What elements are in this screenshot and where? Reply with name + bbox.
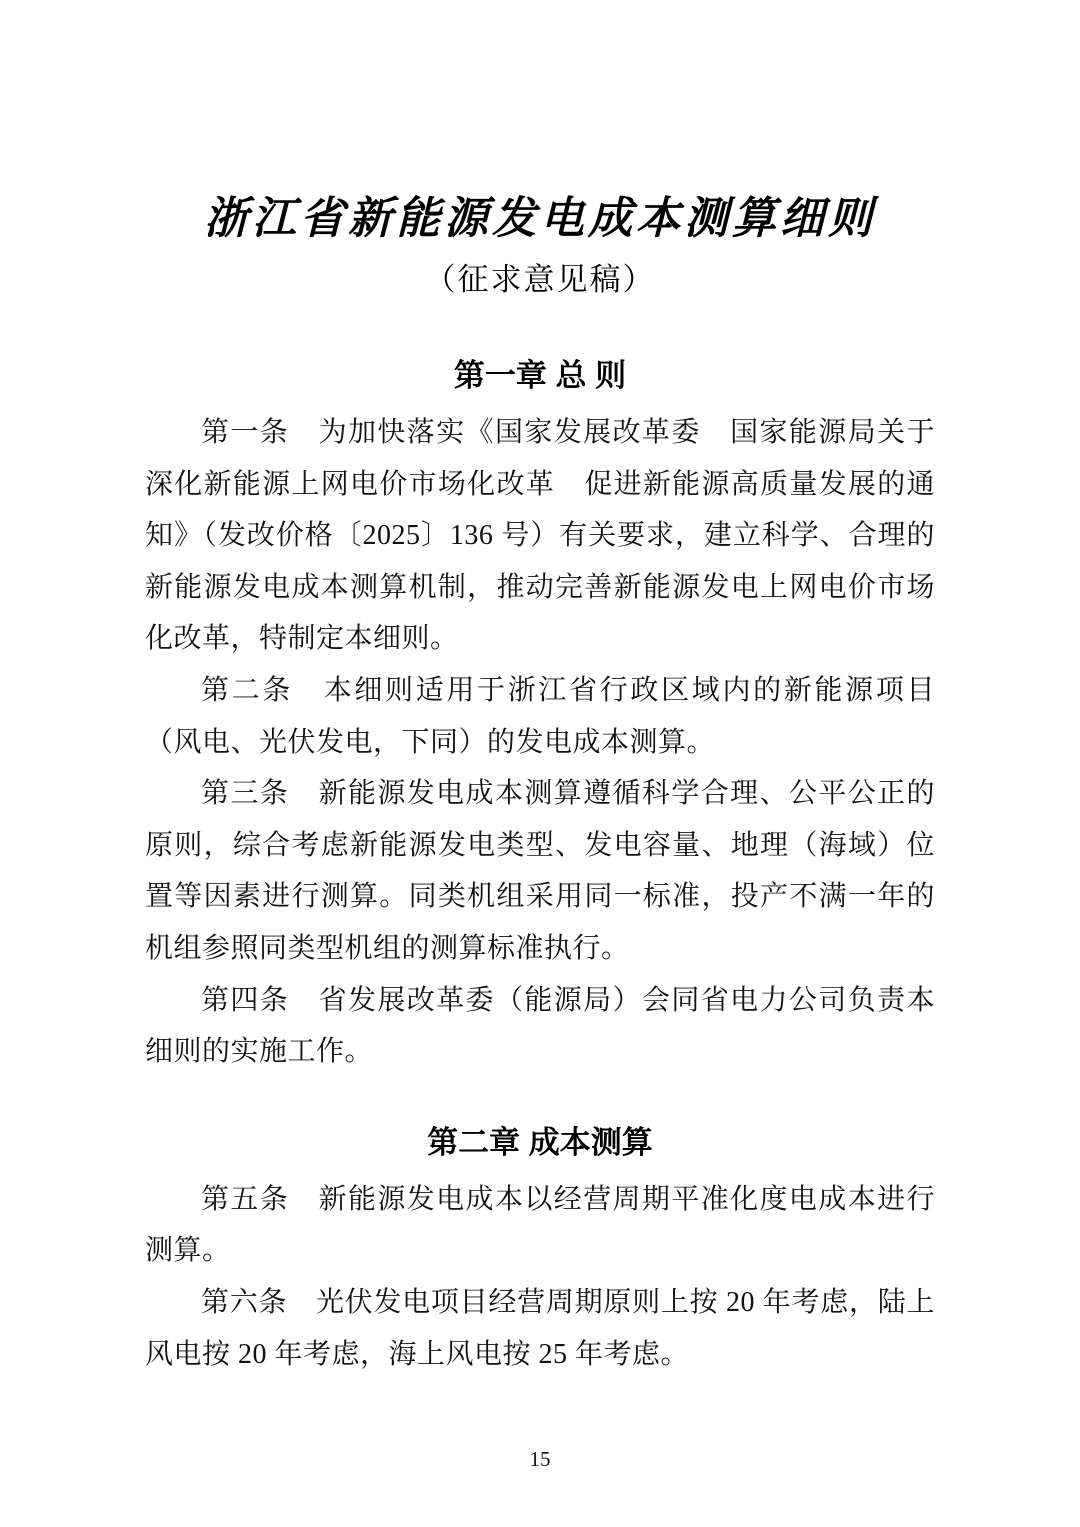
article-3-paragraph: 第三条 新能源发电成本测算遵循科学合理、公平公正的原则，综合考虑新能源发电类型、… bbox=[145, 768, 935, 974]
article-6-paragraph: 第六条 光伏发电项目经营周期原则上按 20 年考虑，陆上风电按 20 年考虑，海… bbox=[145, 1277, 935, 1380]
article-4-paragraph: 第四条 省发展改革委（能源局）会同省电力公司负责本细则的实施工作。 bbox=[145, 975, 935, 1078]
article-1-paragraph: 第一条 为加快落实《国家发展改革委 国家能源局关于深化新能源上网电价市场化改革 … bbox=[145, 407, 935, 665]
chapter-1-heading: 第一章 总 则 bbox=[145, 357, 935, 395]
document-title: 浙江省新能源发电成本测算细则 bbox=[145, 0, 935, 246]
page-number: 15 bbox=[0, 1446, 1080, 1472]
document-page: 浙江省新能源发电成本测算细则 （征求意见稿） 第一章 总 则 第一条 为加快落实… bbox=[0, 0, 1080, 1527]
article-5-paragraph: 第五条 新能源发电成本以经营周期平准化度电成本进行测算。 bbox=[145, 1174, 935, 1277]
chapter-2-heading: 第二章 成本测算 bbox=[145, 1124, 935, 1162]
article-2-paragraph: 第二条 本细则适用于浙江省行政区域内的新能源项目（风电、光伏发电，下同）的发电成… bbox=[145, 665, 935, 768]
document-content: 浙江省新能源发电成本测算细则 （征求意见稿） 第一章 总 则 第一条 为加快落实… bbox=[145, 0, 935, 1380]
document-subtitle: （征求意见稿） bbox=[145, 260, 935, 300]
